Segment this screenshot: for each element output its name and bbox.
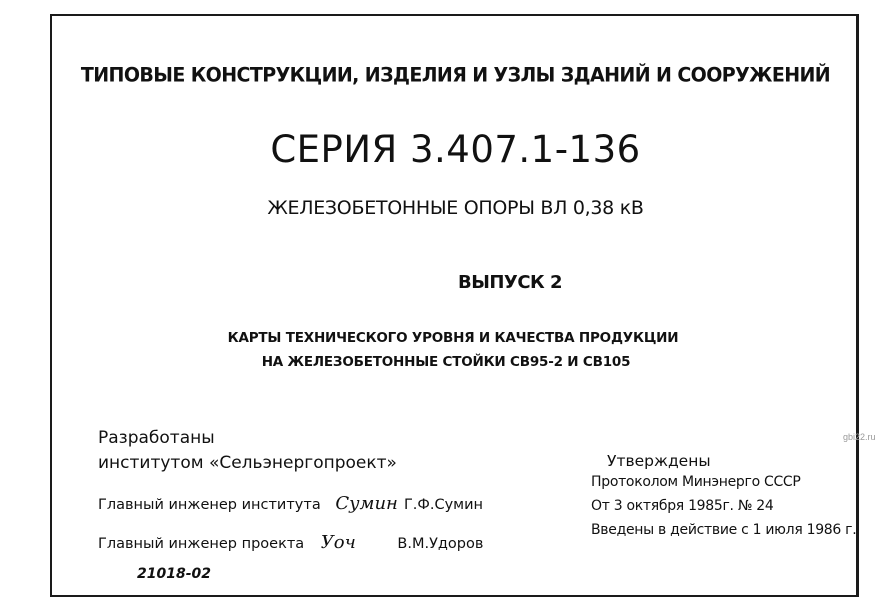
signatory-name: В.М.Удоров — [397, 536, 483, 552]
signatory-name: Г.Ф.Сумин — [404, 497, 483, 513]
description-line-1: КАРТЫ ТЕХНИЧЕСКОГО УРОВНЯ И КАЧЕСТВА ПРО… — [0, 330, 876, 346]
description-line-2: НА ЖЕЛЕЗОБЕТОННЫЕ СТОЙКИ СВ95-2 И СВ105 — [0, 354, 876, 370]
watermark: gbi22.ru — [843, 432, 876, 442]
signatory-role: Главный инженер проекта — [98, 536, 304, 552]
issue-number: ВЫПУСК 2 — [458, 272, 562, 293]
document-code: 21018-02 — [137, 566, 211, 582]
signatory-row: Главный инженер института Сумин Г.Ф.Суми… — [98, 493, 483, 514]
developed-by-label: Разработаны — [98, 428, 215, 448]
approval-line: От 3 октября 1985г. № 24 — [591, 498, 773, 514]
series-number: СЕРИЯ 3.407.1-136 — [50, 128, 861, 171]
header-title: ТИПОВЫЕ КОНСТРУКЦИИ, ИЗДЕЛИЯ И УЗЛЫ ЗДАН… — [50, 63, 861, 86]
document-subtitle: ЖЕЛЕЗОБЕТОННЫЕ ОПОРЫ ВЛ 0,38 кВ — [50, 197, 861, 219]
signatory-role: Главный инженер института — [98, 497, 321, 513]
signatory-row: Главный инженер проекта Уоч В.М.Удоров — [98, 532, 483, 553]
approved-heading: Утверждены — [607, 452, 711, 470]
approval-line: Протоколом Минэнерго СССР — [591, 474, 801, 490]
handwritten-signature: Уоч — [321, 532, 381, 553]
approval-line: Введены в действие с 1 июля 1986 г. — [591, 522, 856, 538]
handwritten-signature: Сумин — [335, 493, 391, 514]
developer-institute: институтом «Сельэнергопроект» — [98, 453, 397, 473]
